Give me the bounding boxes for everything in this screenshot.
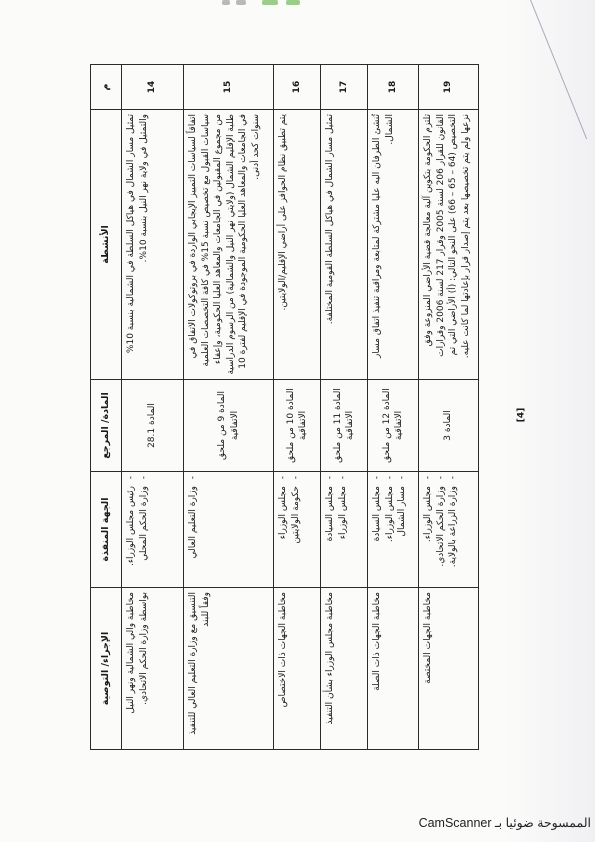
row-reference: المادة 11 من ملحق الاتفاقية (321, 380, 368, 472)
row-action: مخاطبة الجهات ذات الصلة (368, 588, 419, 750)
row-reference: المادة 28.1 (122, 380, 184, 472)
executing-party-item: مجلس السيادة (371, 476, 384, 583)
executing-party-item: مجلس الوزراء (277, 476, 290, 583)
executing-party-item: مجلس الوزراء. (384, 476, 397, 583)
row-reference: المادة 10 من ملحق الاتفاقية (274, 380, 321, 472)
executing-party-item: وزارة الزراعة بالولاية. (447, 476, 460, 583)
executing-party-item: حكومة الولايتين (290, 476, 303, 583)
row-activities: تمثيل مسار الشمال في هياكل السلطة القومي… (321, 110, 368, 380)
header-activities: الأنشطة (91, 110, 122, 380)
page-fold-line (530, 0, 587, 139)
rotated-table-container: م الأنشطة المادة/ المرجع الجهة المنفذة ا… (90, 65, 478, 750)
header-action: الإجراء/ التوصية (91, 588, 122, 750)
row-number: 18 (368, 65, 419, 110)
table-row: 16 يتم تطبيق نظام الحوافز على أراضي الإق… (274, 65, 321, 750)
executing-party-item: وزارة التعليم العالي (187, 476, 200, 583)
row-number: 15 (184, 65, 274, 110)
row-action: مخاطبة الجهات المختصة (419, 588, 479, 750)
row-activities: تلتزم الحكومة بتكوين آلية معالجة قضية ال… (419, 110, 479, 380)
row-action: مخاطبة الجهات ذات الاختصاص (274, 588, 321, 750)
executing-party-item: وزارة الحكم الاتحادي. (435, 476, 448, 583)
table-row: 15 اتفاقاً لسياسات التمييز الإيجابي الوا… (184, 65, 274, 750)
row-executing-party: مجلس السيادة مجلس الوزراء (321, 472, 368, 588)
row-action: مخاطبة والي الشمالية ونهر النيل بواسطة و… (122, 588, 184, 750)
row-executing-party: رئيس مجلس الوزراء. وزارة الحكم المحلي (122, 472, 184, 588)
header-stamp-marks (222, 0, 312, 6)
row-reference: المادة 3 (419, 380, 479, 472)
table-row: 18 تُنشئ الطرفان اليه عليا مشتركة لمتابع… (368, 65, 419, 750)
table-header-row: م الأنشطة المادة/ المرجع الجهة المنفذة ا… (91, 65, 122, 750)
row-activities: تُنشئ الطرفان اليه عليا مشتركة لمتابعة و… (368, 110, 419, 380)
row-executing-party: مجلس الوزراء. وزارة الحكم الاتحادي. وزار… (419, 472, 479, 588)
header-num: م (91, 65, 122, 110)
row-executing-party: وزارة التعليم العالي (184, 472, 274, 588)
page-number: [4] (516, 408, 526, 423)
header-reference: المادة/ المرجع (91, 380, 122, 472)
row-number: 19 (419, 65, 479, 110)
table-row: 19 تلتزم الحكومة بتكوين آلية معالجة قضية… (419, 65, 479, 750)
executing-party-item: رئيس مجلس الوزراء. (125, 476, 138, 583)
row-executing-party: مجلس الوزراء حكومة الولايتين (274, 472, 321, 588)
row-executing-party: مجلس السيادة مجلس الوزراء. مسار الشمال (368, 472, 419, 588)
row-activities: تمثيل مسار الشمال في هياكل السلطة في الش… (122, 110, 184, 380)
executing-party-item: مجلس الوزراء (337, 476, 350, 583)
row-reference: المادة 12 من ملحق الاتفاقية (368, 380, 419, 472)
row-action: مخاطبة مجلس الوزراء بشأن التنفيذ (321, 588, 368, 750)
row-activities: اتفاقاً لسياسات التمييز الإيجابي الواردة… (184, 110, 274, 380)
row-number: 17 (321, 65, 368, 110)
row-number: 16 (274, 65, 321, 110)
header-executing-party: الجهة المنفذة (91, 472, 122, 588)
row-reference: المادة 9 من ملحق الاتفاقية (184, 380, 274, 472)
executing-party-item: مجلس السيادة (324, 476, 337, 583)
row-action: التنسيق مع وزارة التعليم العالي للتنفيذ … (184, 588, 274, 750)
executing-party-item: مسار الشمال (396, 476, 409, 583)
camscanner-watermark: الممسوحة ضوئيا بـ CamScanner (419, 815, 591, 830)
executing-party-item: مجلس الوزراء. (422, 476, 435, 583)
implementation-matrix-table: م الأنشطة المادة/ المرجع الجهة المنفذة ا… (90, 64, 479, 750)
executing-party-item: وزارة الحكم المحلي (138, 476, 151, 583)
table-row: 14 تمثيل مسار الشمال في هياكل السلطة في … (122, 65, 184, 750)
table-row: 17 تمثيل مسار الشمال في هياكل السلطة الق… (321, 65, 368, 750)
row-activities: يتم تطبيق نظام الحوافز على أراضي الإقليم… (274, 110, 321, 380)
row-number: 14 (122, 65, 184, 110)
